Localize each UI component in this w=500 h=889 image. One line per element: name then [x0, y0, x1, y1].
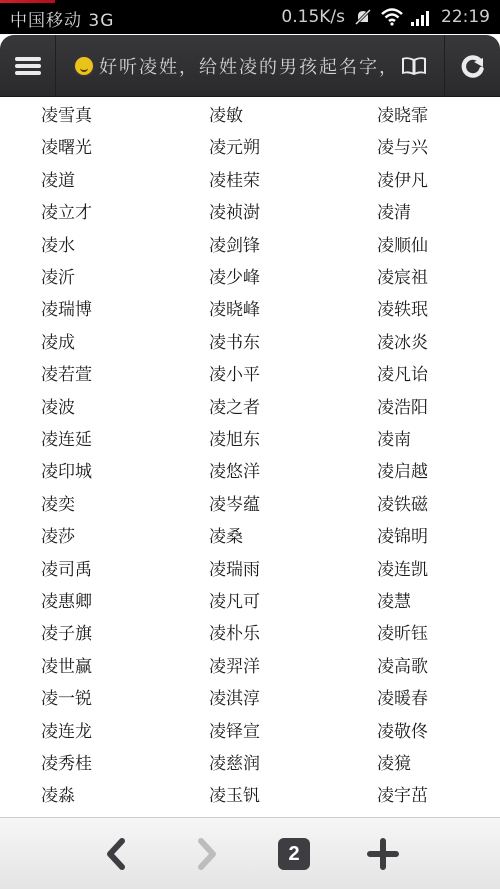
name-cell: 凌敏: [209, 101, 243, 126]
menu-button[interactable]: [0, 35, 56, 96]
page-title-bar[interactable]: 好听凌姓，给姓凌的男孩起名字，: [56, 35, 430, 96]
name-cell: 凌书东: [209, 328, 260, 353]
name-cell: 凌少峰: [209, 263, 260, 288]
forward-icon: [196, 838, 218, 870]
name-cell: 凌高歌: [377, 652, 428, 677]
name-cell: 凌道: [41, 166, 75, 191]
name-cell: 凌祯澍: [209, 198, 260, 223]
name-cell: 凌慈润: [209, 749, 260, 774]
name-cell: 凌成: [41, 328, 75, 353]
table-row: 凌波凌之者凌浩阳: [0, 389, 500, 421]
forward-button[interactable]: [177, 818, 237, 889]
name-cell: 凌桂荣: [209, 166, 260, 191]
table-row: 凌奕凌岑蕴凌铁磁: [0, 486, 500, 518]
name-cell: 凌铁磁: [377, 490, 428, 515]
reload-button[interactable]: [444, 35, 500, 96]
table-row: 凌雪真凌敏凌晓霏: [0, 97, 500, 129]
name-cell: 凌铎宣: [209, 717, 260, 742]
back-icon: [105, 838, 127, 870]
name-cell: 凌一锐: [41, 684, 92, 709]
table-row: 凌成凌书东凌冰炎: [0, 324, 500, 356]
name-cell: 凌世赢: [41, 652, 92, 677]
name-cell: 凌獍: [377, 749, 411, 774]
name-cell: 凌与兴: [377, 133, 428, 158]
name-cell: 凌瑞雨: [209, 555, 260, 580]
table-row: 凌沂凌少峰凌宸祖: [0, 259, 500, 291]
name-cell: 凌慧: [377, 587, 411, 612]
name-cell: 凌淇淳: [209, 684, 260, 709]
name-cell: 凌轶珉: [377, 295, 428, 320]
name-cell: 凌立才: [41, 198, 92, 223]
browser-header: 好听凌姓，给姓凌的男孩起名字，: [0, 35, 500, 97]
table-row: 凌若萱凌小平凌凡诒: [0, 356, 500, 388]
smiley-icon: [75, 57, 93, 75]
name-cell: 凌元朔: [209, 133, 260, 158]
name-cell: 凌凡诒: [377, 360, 428, 385]
name-cell: 凌桑: [209, 522, 243, 547]
name-cell: 凌奕: [41, 490, 75, 515]
table-row: 凌连龙凌铎宣凌敬佟: [0, 713, 500, 745]
status-right: 0.15K/s 22:19: [281, 6, 490, 28]
menu-icon: [15, 54, 41, 78]
table-row: 凌子旗凌朴乐凌昕钰: [0, 615, 500, 647]
bottom-toolbar: 2: [0, 817, 500, 889]
name-cell: 凌波: [41, 393, 75, 418]
status-bar: 中国移动 3G 0.15K/s 22: [0, 0, 500, 34]
network-speed: 0.15K/s: [281, 7, 345, 27]
table-row: 凌司禹凌瑞雨凌连凯: [0, 551, 500, 583]
name-cell: 凌启越: [377, 457, 428, 482]
name-cell: 凌浩阳: [377, 393, 428, 418]
name-cell: 凌莎: [41, 522, 75, 547]
tabs-button[interactable]: 2: [264, 818, 324, 889]
table-row: 凌淼凌玉钒凌宇茁: [0, 777, 500, 809]
table-row: 凌瑞博凌晓峰凌轶珉: [0, 291, 500, 323]
name-cell: 凌宇茁: [377, 781, 428, 806]
name-cell: 凌淼: [41, 781, 75, 806]
table-row: 凌立才凌祯澍凌清: [0, 194, 500, 226]
name-cell: 凌清: [377, 198, 411, 223]
reload-icon: [460, 53, 486, 79]
table-row: 凌道凌桂荣凌伊凡: [0, 162, 500, 194]
name-cell: 凌旭东: [209, 425, 260, 450]
name-cell: 凌敬佟: [377, 717, 428, 742]
name-cell: 凌司禹: [41, 555, 92, 580]
new-tab-button[interactable]: [353, 818, 413, 889]
table-row: 凌秀桂凌慈润凌獍: [0, 745, 500, 777]
name-cell: 凌顺仙: [377, 231, 428, 256]
name-cell: 凌惠卿: [41, 587, 92, 612]
page-title: 好听凌姓，给姓凌的男孩起名字，: [99, 53, 399, 79]
name-cell: 凌印城: [41, 457, 92, 482]
name-cell: 凌南: [377, 425, 411, 450]
name-cell: 凌凡可: [209, 587, 260, 612]
name-cell: 凌宸祖: [377, 263, 428, 288]
name-cell: 凌曙光: [41, 133, 92, 158]
table-row: 凌水凌剑锋凌顺仙: [0, 227, 500, 259]
name-cell: 凌瑞博: [41, 295, 92, 320]
table-row: 凌一锐凌淇淳凌暖春: [0, 680, 500, 712]
name-cell: 凌之者: [209, 393, 260, 418]
back-button[interactable]: [86, 818, 146, 889]
name-list: 凌雪真凌敏凌晓霏凌曙光凌元朔凌与兴凌道凌桂荣凌伊凡凌立才凌祯澍凌清凌水凌剑锋凌顺…: [0, 97, 500, 817]
name-cell: 凌悠洋: [209, 457, 260, 482]
name-cell: 凌小平: [209, 360, 260, 385]
name-cell: 凌晓霏: [377, 101, 428, 126]
carrier-label: 中国移动 3G: [10, 6, 114, 31]
plus-icon: [367, 838, 399, 870]
wifi-icon: [381, 8, 403, 26]
table-row: 凌世赢凌羿洋凌高歌: [0, 648, 500, 680]
tab-count-badge: 2: [278, 838, 310, 870]
name-cell: 凌连延: [41, 425, 92, 450]
name-cell: 凌水: [41, 231, 75, 256]
reader-mode-button[interactable]: [390, 35, 438, 96]
mute-icon: [353, 7, 373, 27]
name-cell: 凌伊凡: [377, 166, 428, 191]
table-row: 凌凌凌: [0, 810, 500, 817]
name-cell: 凌晓峰: [209, 295, 260, 320]
table-row: 凌连延凌旭东凌南: [0, 421, 500, 453]
table-row: 凌莎凌桑凌锦明: [0, 518, 500, 550]
name-cell: 凌朴乐: [209, 619, 260, 644]
table-row: 凌印城凌悠洋凌启越: [0, 453, 500, 485]
name-cell: 凌羿洋: [209, 652, 260, 677]
name-cell: 凌连龙: [41, 717, 92, 742]
name-cell: 凌雪真: [41, 101, 92, 126]
name-cell: 凌若萱: [41, 360, 92, 385]
status-indicator-strip: [0, 0, 55, 3]
name-cell: 凌锦明: [377, 522, 428, 547]
name-cell: 凌剑锋: [209, 231, 260, 256]
name-cell: 凌玉钒: [209, 781, 260, 806]
name-cell: 凌秀桂: [41, 749, 92, 774]
table-row: 凌曙光凌元朔凌与兴: [0, 129, 500, 161]
book-icon: [400, 55, 428, 77]
name-cell: 凌昕钰: [377, 619, 428, 644]
name-cell: 凌沂: [41, 263, 75, 288]
name-cell: 凌子旗: [41, 619, 92, 644]
table-row: 凌惠卿凌凡可凌慧: [0, 583, 500, 615]
name-cell: 凌连凯: [377, 555, 428, 580]
clock: 22:19: [441, 7, 490, 27]
name-cell: 凌岑蕴: [209, 490, 260, 515]
signal-icon: [411, 8, 433, 26]
name-cell: 凌暖春: [377, 684, 428, 709]
name-cell: 凌冰炎: [377, 328, 428, 353]
